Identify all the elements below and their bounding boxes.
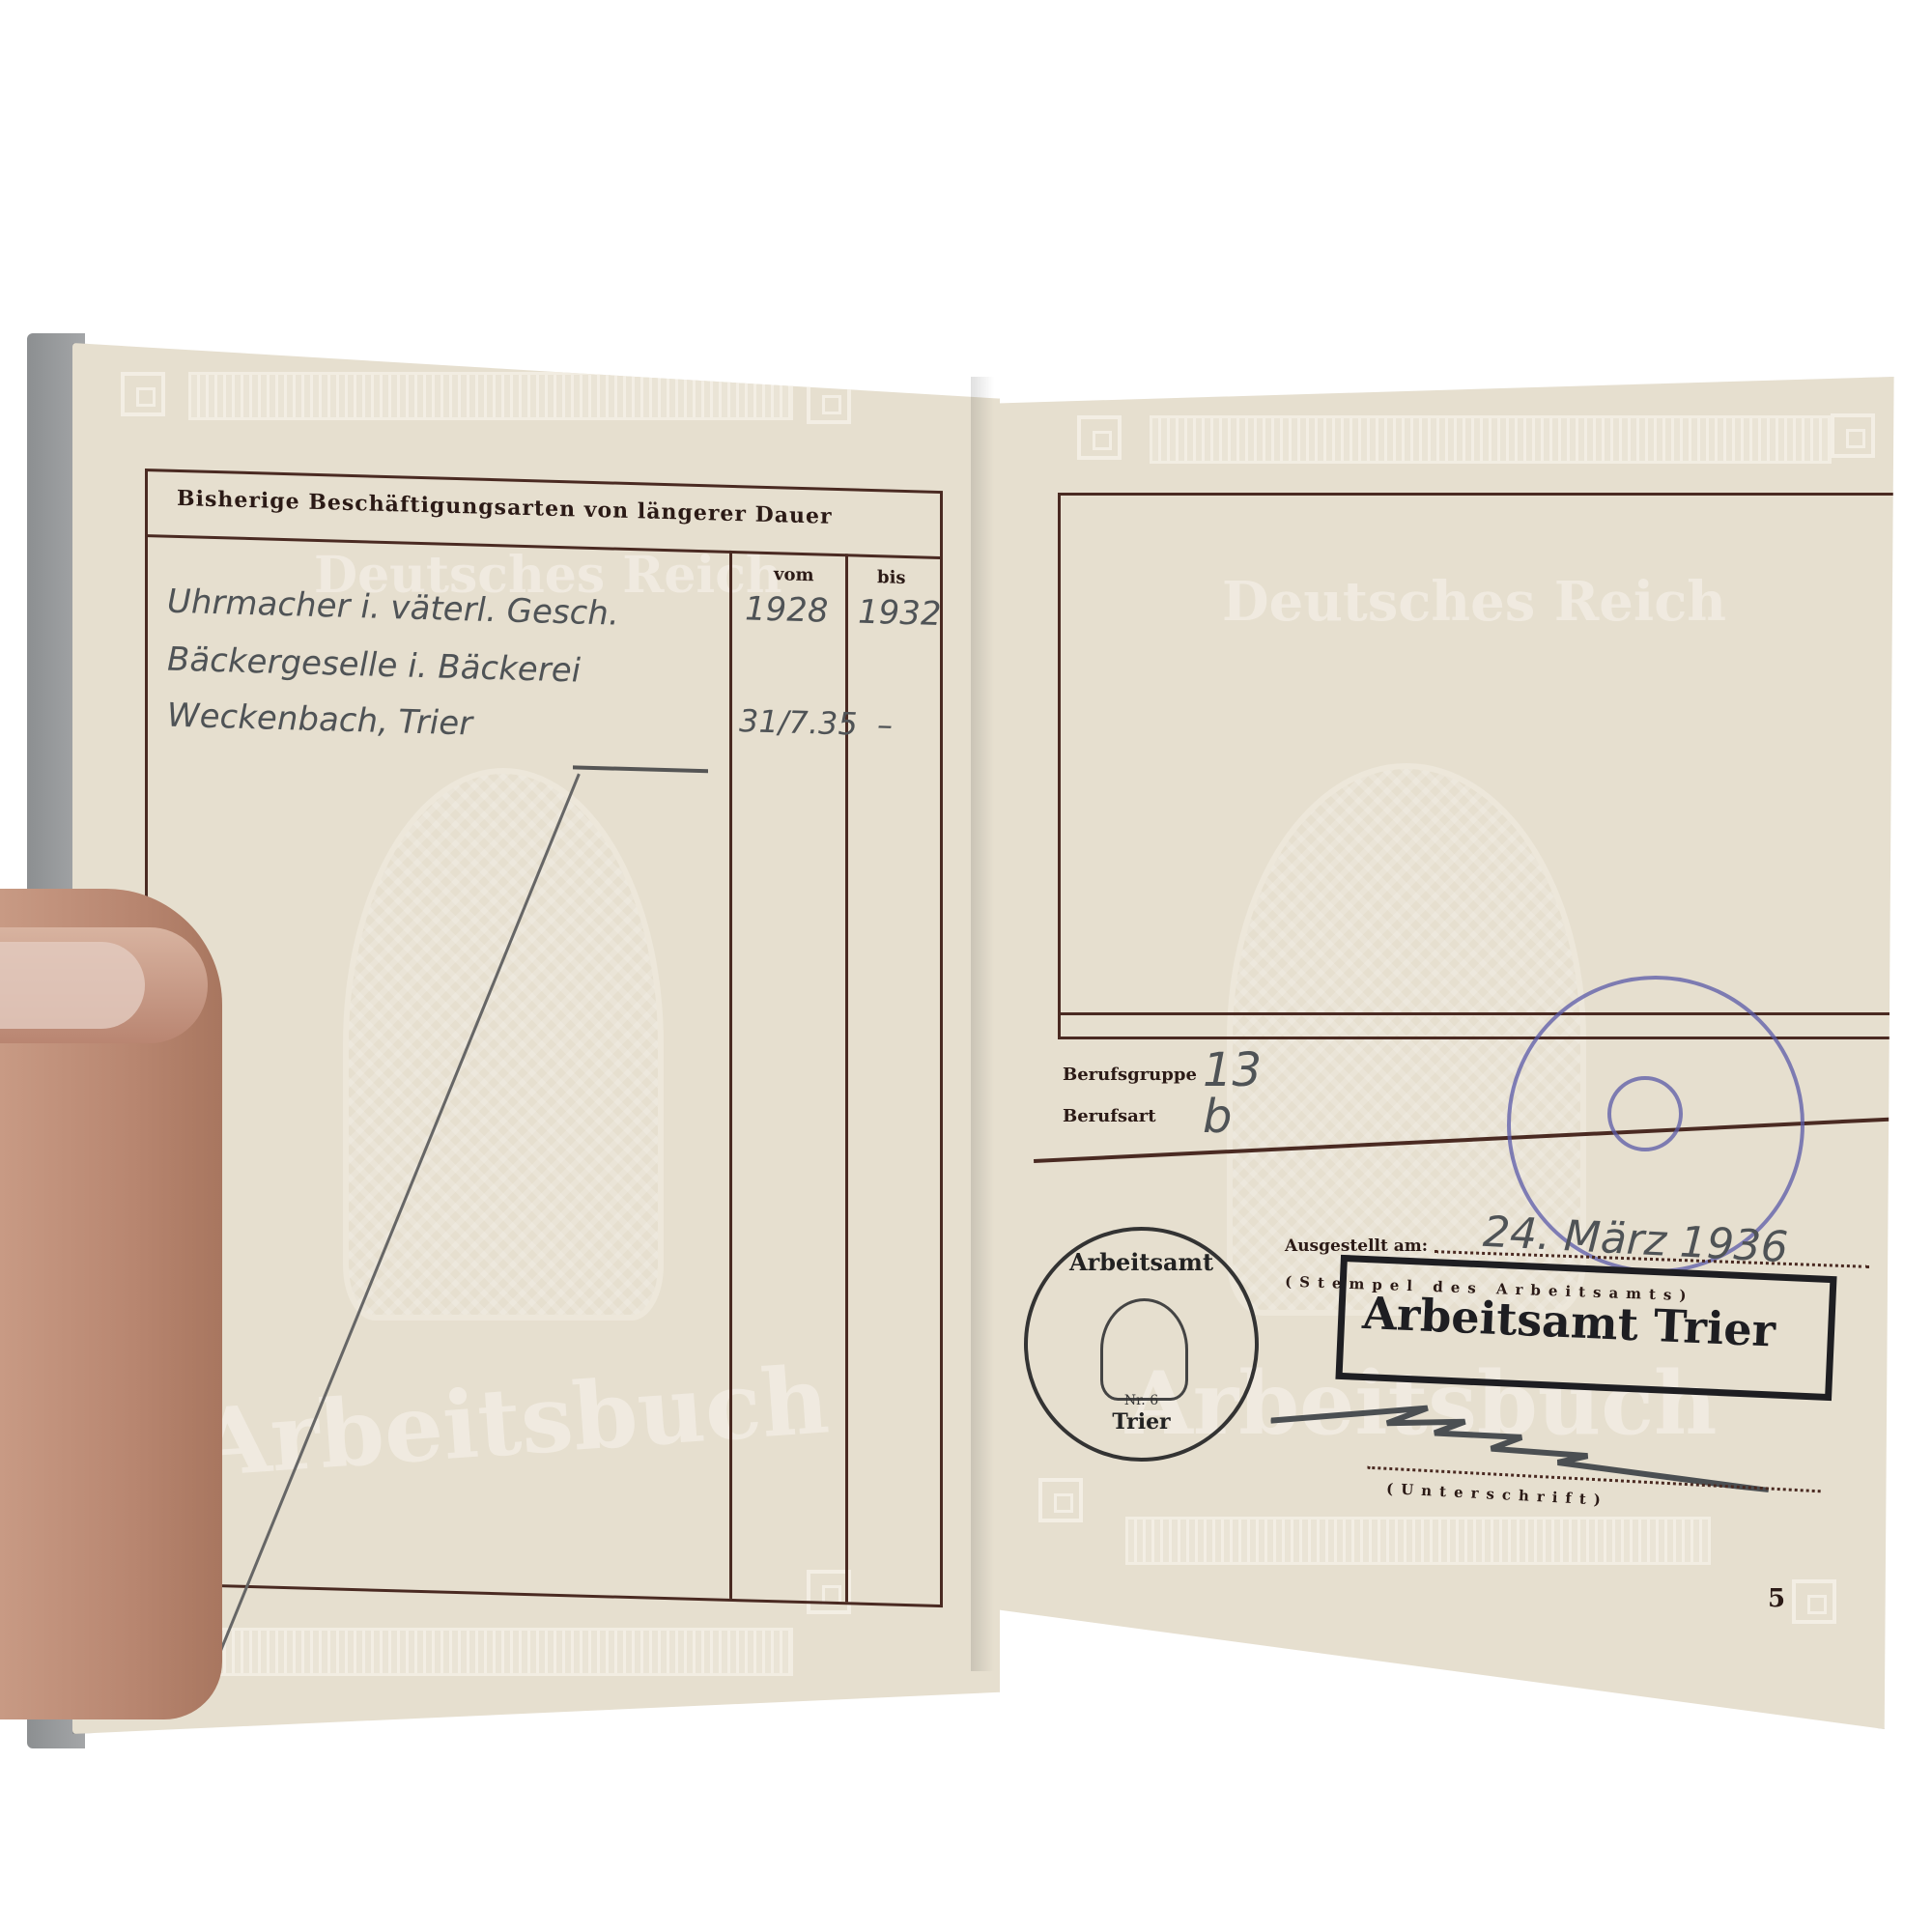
border-ornament-icon	[1792, 1579, 1836, 1624]
border-ornament-strip	[1150, 415, 1832, 464]
border-ornament-strip	[188, 1628, 793, 1676]
column-header-bis: bis	[877, 567, 906, 588]
border-ornament-strip	[188, 372, 793, 420]
rect-stamp-text: Arbeitsamt Trier	[1361, 1287, 1776, 1357]
entry-2-to: –	[877, 706, 893, 743]
photo-frame-box	[1058, 493, 1904, 1039]
strike-line	[215, 774, 580, 1661]
thumbnail-nail	[0, 942, 145, 1029]
round-stamp-eagle-icon	[1100, 1298, 1188, 1401]
table-title: Bisherige Beschäftigungsarten von länger…	[177, 486, 833, 529]
entry-1-from: 1928	[745, 589, 829, 630]
border-ornament-icon	[807, 380, 851, 424]
berufsgruppe-label: Berufsgruppe	[1063, 1065, 1197, 1085]
right-page: Deutsches Reich Arbeitsbuch Berufsgruppe…	[980, 377, 1932, 1729]
signature-caption: (Unterschrift)	[1386, 1480, 1609, 1509]
entry-1-to: 1932	[858, 593, 942, 634]
book-gutter	[971, 377, 1009, 1671]
frame-divider	[1061, 1012, 1901, 1015]
border-ornament-icon	[1831, 413, 1875, 458]
round-stamp-top-text: Arbeitsamt	[1028, 1248, 1255, 1276]
black-round-stamp: Arbeitsamt Nr. 6 Trier	[1024, 1227, 1259, 1462]
column-divider	[729, 551, 732, 1599]
stamp-emblem-placeholder-icon	[1607, 1076, 1683, 1151]
berufsart-label: Berufsart	[1063, 1106, 1156, 1126]
entry-2-from: 31/7.35	[739, 702, 858, 742]
table-header-row: Bisherige Beschäftigungsarten von länger…	[148, 471, 940, 559]
issued-label: Ausgestellt am:	[1285, 1236, 1428, 1256]
column-header-vom: vom	[774, 564, 814, 585]
border-ornament-icon	[121, 372, 165, 416]
border-ornament-icon	[1077, 415, 1122, 460]
occupation-entry-2: Bäckergeselle i. Bäckerei Weckenbach, Tr…	[167, 632, 727, 759]
employment-table: Bisherige Beschäftigungsarten von länger…	[145, 469, 943, 1607]
berufsart-value: b	[1203, 1090, 1232, 1144]
round-stamp-number: Nr. 6	[1028, 1393, 1255, 1408]
rectangular-stamp: Arbeitsamt Trier	[1335, 1255, 1836, 1401]
end-underline	[573, 765, 708, 773]
page-number-5: 5	[1768, 1584, 1785, 1613]
round-stamp-bottom-text: Trier	[1028, 1409, 1255, 1435]
border-ornament-strip	[1125, 1517, 1711, 1565]
border-ornament-icon	[1038, 1478, 1083, 1522]
